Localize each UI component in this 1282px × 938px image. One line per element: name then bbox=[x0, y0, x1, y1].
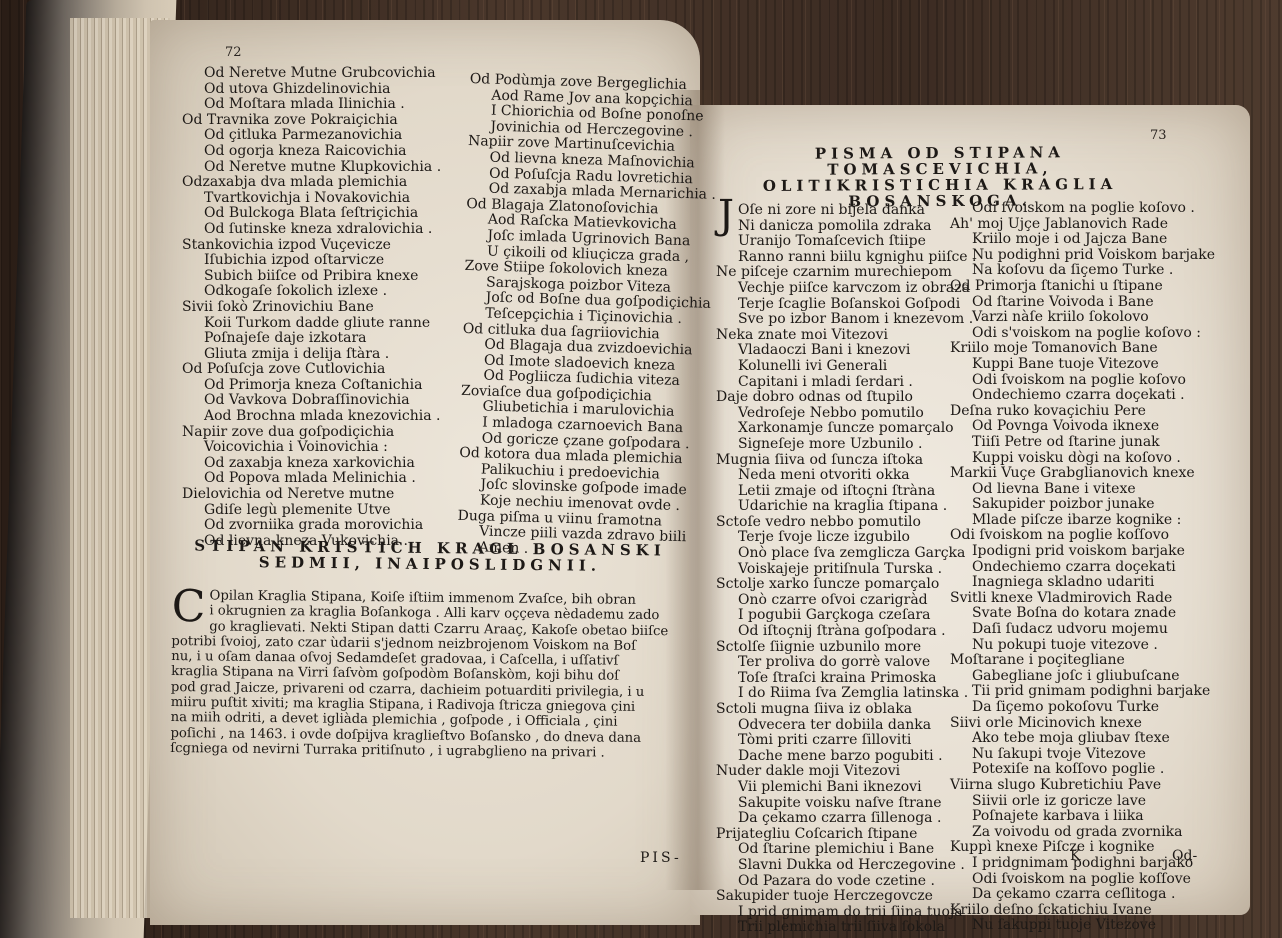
verse-line: Od Povnga Voivoda iknexe bbox=[950, 419, 1215, 435]
verse-line: Kriilo moje i od Jajcza Bane bbox=[950, 232, 1215, 248]
verse-line: Odi ſvoiskom na poglie koſſovo bbox=[950, 528, 1215, 544]
verse-line: Letii zmaje od iſtoçni ſtràna bbox=[716, 484, 977, 500]
verse-line: Slavni Dukka od Herczegovine . bbox=[716, 858, 977, 874]
verse-line: Gliuta zmija i delija ſtàra . bbox=[182, 347, 441, 363]
verse-line: Ah' moj Ujçe Jablanovich Rade bbox=[950, 217, 1215, 233]
verse-line: Sctolſe ſiignie uzbunilo more bbox=[716, 640, 977, 656]
verse-line: Tii prid gnimam podighni barjake bbox=[950, 684, 1215, 700]
verse-line: Siivii orle iz goricze lave bbox=[950, 794, 1215, 810]
verse-line: Od utova Ghizdelinovichia bbox=[182, 82, 441, 98]
right-poem-column-1: Oſe ni zore ni bijela dankaNi danicza po… bbox=[716, 203, 977, 936]
verse-line: Od ſutinske kneza xdralovichia . bbox=[182, 222, 441, 238]
verse-line: Od zvorniika grada morovichia bbox=[182, 518, 441, 534]
verse-line: Ako tebe moja gliubav ſtexe bbox=[950, 731, 1215, 747]
verse-line: Od Moſtara mlada Ilinichia . bbox=[182, 97, 441, 113]
verse-line: Neda meni otvoriti okka bbox=[716, 468, 977, 484]
verse-line: Voicovichia i Voinovichia : bbox=[182, 440, 441, 456]
verse-line: Kriilo moje Tomanovich Bane bbox=[950, 341, 1215, 357]
verse-line: Prijategliu Coſcarich ſtipane bbox=[716, 827, 977, 843]
verse-line: Nuder dakle moji Vitezovi bbox=[716, 764, 977, 780]
verse-line: Voiskajeje pritiſnula Turska . bbox=[716, 562, 977, 578]
verse-line: Od zaxabja kneza xarkovichia bbox=[182, 456, 441, 472]
verse-line: Od iſtoçnij ſtràna goſpodara . bbox=[716, 624, 977, 640]
verse-line: Od Neretve Mutne Grubcovichia bbox=[182, 66, 441, 82]
verse-line: Mugnia ſiiva od ſuncza iſtoka bbox=[716, 453, 977, 469]
verse-line: Koii Turkom dadde gliute ranne bbox=[182, 316, 441, 332]
verse-line: Odi s'voiskom na poglie koſovo : bbox=[950, 326, 1215, 342]
verse-line: Od Primorja ſtanichi u ſtipane bbox=[950, 279, 1215, 295]
verse-line: Poſnajete karbava i liika bbox=[950, 809, 1215, 825]
verse-line: Varzi nàſe kriilo ſokolovo bbox=[950, 310, 1215, 326]
verse-line: Na koſovu da ſiçemo Turke . bbox=[950, 263, 1215, 279]
verse-line: Od Bulckoga Blata ſeſtriçichia bbox=[182, 206, 441, 222]
verse-line: Onò czarre oſvoi czarigràd bbox=[716, 593, 977, 609]
verse-line: Ipodigni prid voiskom barjake bbox=[950, 544, 1215, 560]
verse-line: Inagniega skladno udariti bbox=[950, 575, 1215, 591]
verse-line: Odi ſvoiskom na poglie koſſove bbox=[950, 872, 1215, 888]
verse-line: Onò place ſva zemglicza Garçka bbox=[716, 546, 977, 562]
verse-line: Nu ſakupi tvoje Vitezove bbox=[950, 747, 1215, 763]
verse-line: Od Travnika zove Pokraiçichia bbox=[182, 113, 441, 129]
verse-line: Potexiſe na koſſovo poglie . bbox=[950, 762, 1215, 778]
verse-line: Ondechiemo czarra doçekati . bbox=[950, 388, 1215, 404]
verse-line: Markii Vuçe Grabglianovich knexe bbox=[950, 466, 1215, 482]
verse-line: Sctolje xarko ſuncze pomarçalo bbox=[716, 577, 977, 593]
verse-line: Tvartkovichja i Novakovichia bbox=[182, 191, 441, 207]
verse-line: I prid gnimam do trii ſiina tuoja bbox=[716, 905, 977, 921]
verse-line: Od Poſuſcja zove Cutlovichia bbox=[182, 362, 441, 378]
verse-line: Od ſtarine plemichiu i Bane bbox=[716, 842, 977, 858]
verse-line: Sivii ſokò Zrinovichiu Bane bbox=[182, 300, 441, 316]
verse-line: Poſnajeſe daje izkotara bbox=[182, 331, 441, 347]
verse-line: Sctoſe vedro nebbo pomutilo bbox=[716, 515, 977, 531]
verse-line: Deſna ruko kovaçichiu Pere bbox=[950, 404, 1215, 420]
verse-line: Capitani i mladi ſerdari . bbox=[716, 375, 977, 391]
verse-line: Ni danicza pomolila zdraka bbox=[716, 219, 977, 235]
left-catchword: PIS- bbox=[640, 850, 682, 866]
verse-line: Vladaoczi Bani i knezovi bbox=[716, 343, 977, 359]
verse-line: Da çekamo czarra ceſlitoga . bbox=[950, 887, 1215, 903]
verse-line: Sakupider poizbor junake bbox=[950, 497, 1215, 513]
verse-line: Od ogorja kneza Raicovichia bbox=[182, 144, 441, 160]
verse-line: Daſi ſudacz udvoru mojemu bbox=[950, 622, 1215, 638]
left-page-number: 72 bbox=[225, 45, 242, 60]
verse-line: Da çekamo czarra ſillenoga . bbox=[716, 811, 977, 827]
verse-line: Svitli knexe Vladmirovich Rade bbox=[950, 591, 1215, 607]
verse-line: Kuppi Bane tuoje Vitezove bbox=[950, 357, 1215, 373]
right-poem-column-2: Odi ſvoiskom na poglie koſovo .Ah' moj U… bbox=[950, 201, 1215, 934]
verse-line: Signeſeje more Uzbunilo . bbox=[716, 437, 977, 453]
verse-line: Gabegliane joſc i gliubuſcane bbox=[950, 669, 1215, 685]
verse-line: Odi ſvoiskom na poglie koſovo bbox=[950, 373, 1215, 389]
verse-line: Sctoli mugna ſiiva iz oblaka bbox=[716, 702, 977, 718]
verse-line: Od Popova mlada Melinichia . bbox=[182, 471, 441, 487]
verse-line: Ter proliva do gorrè valove bbox=[716, 655, 977, 671]
verse-line: Xarkonamje ſuncze pomarçalo bbox=[716, 421, 977, 437]
verse-line: Od Primorja kneza Coſtanichia bbox=[182, 378, 441, 394]
verse-line: Odzaxabja dva mlada plemichia bbox=[182, 175, 441, 191]
verse-line: Neka znate moi Vitezovi bbox=[716, 328, 977, 344]
verse-line: Svate Boſna do kotara znade bbox=[950, 606, 1215, 622]
verse-line: Nu ſakuppi tuoje Vitezove bbox=[950, 918, 1215, 934]
verse-line: Od Vavkova Dobraſſinovichia bbox=[182, 393, 441, 409]
section-heading: STIPAN KRISTICH KRAGL BOSANSKI SEDMII, I… bbox=[170, 537, 690, 574]
verse-line: Dielovichia od Neretve mutne bbox=[182, 487, 441, 503]
verse-line: Nu pokupi tuoje vitezove . bbox=[950, 638, 1215, 654]
verse-line: Ne piſceje czarnim murechiepom bbox=[716, 265, 977, 281]
verse-line: Oſe ni zore ni bijela danka bbox=[716, 203, 977, 219]
verse-line: Tòmi priti czarre ſilloviti bbox=[716, 733, 977, 749]
verse-line: Sakupite voisku naſve ſtrane bbox=[716, 796, 977, 812]
verse-line: Mlade piſcze ibarze kognike : bbox=[950, 513, 1215, 529]
verse-line: Terje ſvoje licze izgubilo bbox=[716, 530, 977, 546]
verse-line: Dache mene barzo pogubiti . bbox=[716, 749, 977, 765]
poem-heading-line-1: PISMA OD STIPANA TOMASCEVICHIA, bbox=[705, 144, 1175, 178]
verse-line: Iſubichia izpod oſtarvicze bbox=[182, 253, 441, 269]
verse-line: Od lievna Bane i vitexe bbox=[950, 482, 1215, 498]
verse-line: Udarichie na kraglia ſtipana . bbox=[716, 499, 977, 515]
verse-line: Uranijo Tomaſcevich ſtiipe bbox=[716, 234, 977, 250]
verse-line: Za voivodu od grada zvornika bbox=[950, 825, 1215, 841]
left-poem-column-1: Od Neretve Mutne GrubcovichiaOd utova Gh… bbox=[182, 66, 441, 549]
signature-mark: K bbox=[1070, 848, 1080, 864]
prose-paragraph: C Opilan Kraglia Stipana, Koiſe iſtiim i… bbox=[170, 588, 687, 762]
verse-line: Vedroſeje Nebbo pomutilo bbox=[716, 406, 977, 422]
verse-line: Sakupider tuoje Herczegovcze bbox=[716, 889, 977, 905]
verse-line: Toſe ſtraſci kraina Primoska bbox=[716, 671, 977, 687]
verse-line: Terje ſcaglie Boſanskoi Goſpodi bbox=[716, 297, 977, 313]
verse-line: Gdiſe legù plemenite Utve bbox=[182, 503, 441, 519]
prose-lines: Opilan Kraglia Stipana, Koiſe iſtiim imm… bbox=[170, 588, 687, 762]
verse-line: Moſtarane i poçitegliane bbox=[950, 653, 1215, 669]
verse-line: Kuppi voisku dògi na koſovo . bbox=[950, 451, 1215, 467]
verse-line: Odvecera ter dobiila danka bbox=[716, 718, 977, 734]
left-poem-column-2: Od Podùmja zove BergeglichiaAod Rame Jov… bbox=[457, 72, 720, 562]
verse-line: Od Neretve mutne Klupkovichia . bbox=[182, 160, 441, 176]
verse-line: Stankovichia izpod Vuçevicze bbox=[182, 238, 441, 254]
verse-line: I pogubii Garçkoga czeſara bbox=[716, 608, 977, 624]
verse-line: Aod Brochna mlada knezovichia . bbox=[182, 409, 441, 425]
verse-line: Sve po izbor Banom i knezevom . bbox=[716, 312, 977, 328]
verse-line: Vii plemichi Bani iknezovi bbox=[716, 780, 977, 796]
verse-line: Siivi orle Micinovich knexe bbox=[950, 716, 1215, 732]
verse-line: I do Riima ſva Zemglia latinska . bbox=[716, 686, 977, 702]
verse-line: Od Pazara do vode czetine . bbox=[716, 874, 977, 890]
verse-line: Kolunelli ivi Generali bbox=[716, 359, 977, 375]
verse-line: Da ſiçemo pokoſovu Turke bbox=[950, 700, 1215, 716]
verse-line: Trii plemichia trii ſiiva ſokola bbox=[716, 920, 977, 936]
verse-line: Nu podighni prid Voiskom barjake bbox=[950, 248, 1215, 264]
verse-line: Tiiſi Petre od ſtarine junak bbox=[950, 435, 1215, 451]
dropcap-c: C bbox=[172, 590, 206, 624]
verse-line: Odi ſvoiskom na poglie koſovo . bbox=[950, 201, 1215, 217]
verse-line: Daje dobro odnas od ſtupilo bbox=[716, 390, 977, 406]
verse-line: Odkogaſe ſokolich izlexe . bbox=[182, 284, 441, 300]
verse-line: Ranno ranni biilu kgnighu piiſce . bbox=[716, 250, 977, 266]
right-page-number: 73 bbox=[1150, 128, 1167, 143]
verse-line: Vechje piiſce karvczom iz obraza bbox=[716, 281, 977, 297]
verse-line: Subich biiſce od Pribira knexe bbox=[182, 269, 441, 285]
verse-line: Od çitluka Parmezanovichia bbox=[182, 128, 441, 144]
verse-line: Ondechiemo czarra doçekati bbox=[950, 560, 1215, 576]
right-catchword: Od- bbox=[1172, 848, 1197, 864]
verse-line: Napiir zove dua goſpodiçichia bbox=[182, 425, 441, 441]
verse-line: Viirna slugo Kubretichiu Pave bbox=[950, 778, 1215, 794]
verse-line: Od ſtarine Voivoda i Bane bbox=[950, 295, 1215, 311]
verse-line: Kriilo deſno ſckatichiu Ivane bbox=[950, 903, 1215, 919]
